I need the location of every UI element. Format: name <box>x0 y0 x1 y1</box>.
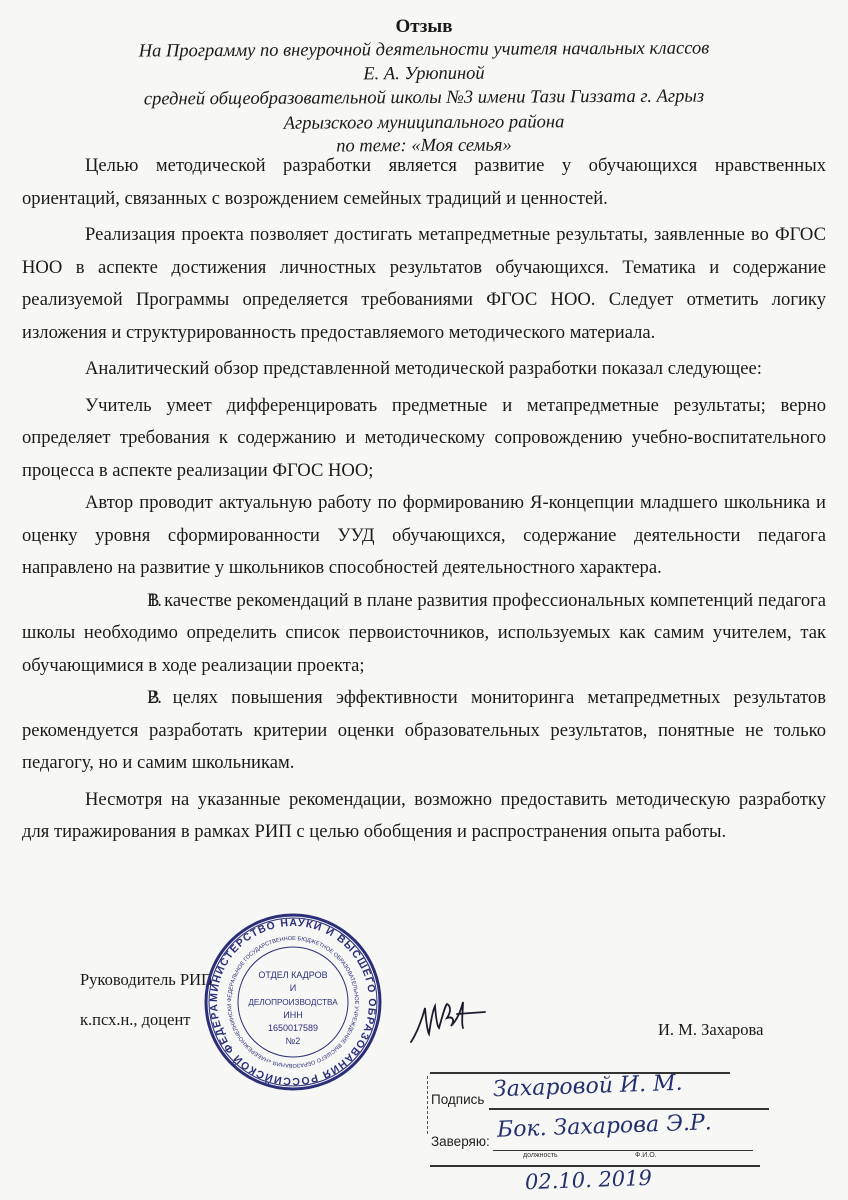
sign-line <box>489 1108 769 1110</box>
certify-handwritten: Бок. Захарова Э.Р. <box>497 1110 712 1142</box>
official-stamp-icon: МИНИСТЕРСТВО НАУКИ И ВЫСШЕГО ОБРАЗОВАНИЯ… <box>203 912 383 1092</box>
divider <box>427 1076 429 1134</box>
handwritten-signature-icon <box>405 990 515 1050</box>
paragraph-conclusion: Несмотря на указанные рекомендации, возм… <box>22 784 826 849</box>
paragraph-author-work: Автор проводит актуальную работу по форм… <box>22 487 826 585</box>
svg-text:ДЕЛОПРОИЗВОДСТВА: ДЕЛОПРОИЗВОДСТВА <box>248 998 338 1007</box>
recommendation-number: 2. <box>85 682 147 715</box>
document-title: Отзыв <box>0 16 848 38</box>
subtitle-district: Агрызского муниципального района <box>0 111 848 136</box>
certify-line <box>493 1150 753 1151</box>
paragraph-teacher-skills: Учитель умеет дифференцировать предметны… <box>22 390 826 488</box>
subtitle-program: На Программу по внеурочной деятельности … <box>0 38 848 63</box>
paragraph-goal: Целью методической разработки является р… <box>22 150 826 215</box>
sign-label: Подпись <box>431 1092 484 1107</box>
recommendation-2: 2.В целях повышения эффективности монито… <box>22 682 826 780</box>
certify-label: Заверяю: <box>431 1134 490 1149</box>
subtitle-school: средней общеобразовательной школы №3 име… <box>0 86 848 111</box>
svg-text:ОТДЕЛ КАДРОВ: ОТДЕЛ КАДРОВ <box>258 970 327 980</box>
subtitle-teacher: Е. А. Урюпиной <box>0 62 848 87</box>
svg-text:№2: №2 <box>286 1036 301 1046</box>
certification-block: Подпись Захаровой И. М. Заверяю: Бок. За… <box>425 1062 835 1200</box>
recommendation-1: 1.В качестве рекомендаций в плане развит… <box>22 585 826 683</box>
signer-name: И. М. Захарова <box>658 1020 763 1040</box>
review-document: Отзыв На Программу по внеурочной деятель… <box>0 0 848 1200</box>
signer-role: Руководитель РИП <box>80 970 213 990</box>
fio-caption: Ф.И.О. <box>635 1152 657 1159</box>
svg-text:И: И <box>290 983 296 993</box>
recommendation-number: 1. <box>85 585 147 618</box>
svg-text:ИНН: ИНН <box>283 1010 302 1020</box>
review-body: Целью методической разработки является р… <box>22 150 826 849</box>
signer-degree: к.псх.н., доцент <box>80 1010 191 1030</box>
position-caption: должность <box>523 1152 558 1159</box>
paragraph-analysis-intro: Аналитический обзор представленной метод… <box>22 353 826 386</box>
sign-handwritten: Захаровой И. М. <box>493 1071 683 1103</box>
svg-text:1650017589: 1650017589 <box>268 1023 318 1033</box>
paragraph-implementation: Реализация проекта позволяет достигать м… <box>22 219 826 349</box>
certification-date: 02.10. 2019 <box>525 1166 653 1194</box>
divider <box>430 1165 760 1167</box>
